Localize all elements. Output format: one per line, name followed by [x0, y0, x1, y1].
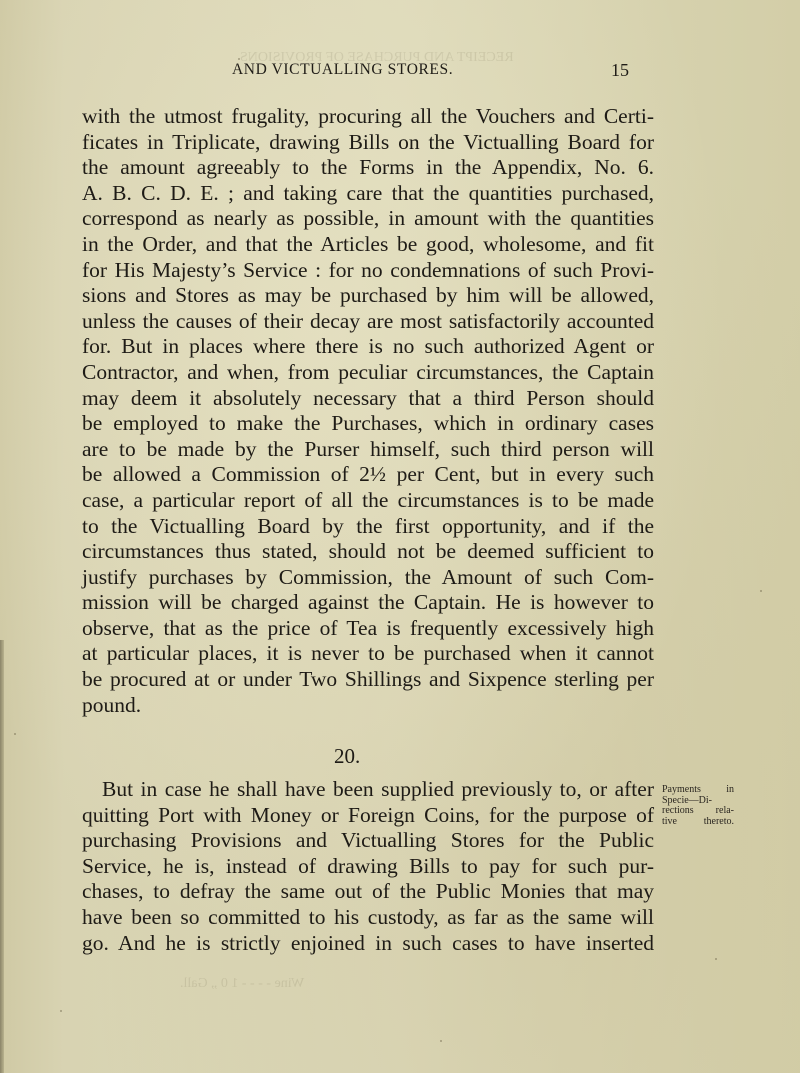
text-line: justify purchases by Commission, the Amo… — [82, 565, 654, 591]
text-line: be employed to make the Purchases, which… — [82, 411, 654, 437]
marginal-note: Payments in Specie—Di- rections rela- ti… — [662, 785, 734, 827]
text-line: quitting Port with Money or Foreign Coin… — [82, 803, 654, 829]
paper-speck — [760, 590, 762, 592]
text-line: with the utmost frugality, procuring all… — [82, 104, 654, 130]
text-line: correspond as nearly as possible, in amo… — [82, 206, 654, 232]
text-line: pound. — [82, 693, 654, 719]
paper-speck — [440, 1040, 442, 1042]
text-line: be allowed a Commission of 2½ per Cent, … — [82, 462, 654, 488]
page-gutter-edge — [0, 640, 4, 1073]
paragraph-1: with the utmost frugality, procuring all… — [82, 104, 654, 718]
text-line: are to be made by the Purser himself, su… — [82, 437, 654, 463]
section-number: 20. — [334, 744, 360, 769]
text-line: for His Majesty’s Service : for no conde… — [82, 258, 654, 284]
paper-speck — [14, 733, 16, 735]
text-line: Contractor, and when, from peculiar circ… — [82, 360, 654, 386]
text-line: may deem it absolutely necessary that a … — [82, 386, 654, 412]
text-line: to the Victualling Board by the first op… — [82, 514, 654, 540]
text-line: purchasing Provisions and Victualling St… — [82, 828, 654, 854]
text-line: Service, he is, instead of drawing Bills… — [82, 854, 654, 880]
paper-speck — [715, 958, 717, 960]
text-line: have been so committed to his custody, a… — [82, 905, 654, 931]
page-number: 15 — [611, 60, 629, 81]
text-line: A. B. C. D. E. ; and taking care that th… — [82, 181, 654, 207]
text-line: unless the causes of their decay are mos… — [82, 309, 654, 335]
text-line: for. But in places where there is no suc… — [82, 334, 654, 360]
marginal-note-line: Payments in — [662, 785, 734, 796]
book-page: RECEIPT AND PURCHASE OF PROVISIONS Wine … — [0, 0, 800, 1073]
text-line: at particular places, it is never to be … — [82, 641, 654, 667]
text-line: be procured at or under Two Shillings an… — [82, 667, 654, 693]
text-line: ficates in Triplicate, drawing Bills on … — [82, 130, 654, 156]
text-line: go. And he is strictly enjoined in such … — [82, 931, 654, 957]
marginal-note-line: rections rela- — [662, 806, 734, 817]
text-line: But in case he shall have been supplied … — [82, 777, 654, 803]
text-line: chases, to defray the same out of the Pu… — [82, 879, 654, 905]
text-line: case, a particular report of all the cir… — [82, 488, 654, 514]
text-line: circumstances thus stated, should not be… — [82, 539, 654, 565]
text-line: the amount agreeably to the Forms in the… — [82, 155, 654, 181]
paragraph-2: But in case he shall have been supplied … — [82, 777, 654, 956]
text-line: mission will be charged against the Capt… — [82, 590, 654, 616]
marginal-note-line: tive thereto. — [662, 817, 734, 828]
bleed-through-footer: Wine - - - - 1 0 „ Gall. — [180, 976, 304, 992]
paper-speck — [238, 58, 240, 60]
paper-speck — [60, 1010, 62, 1012]
text-line: sions and Stores as may be purchased by … — [82, 283, 654, 309]
text-line: in the Order, and that the Articles be g… — [82, 232, 654, 258]
text-line: observe, that as the price of Tea is fre… — [82, 616, 654, 642]
running-head: AND VICTUALLING STORES. — [232, 61, 453, 79]
